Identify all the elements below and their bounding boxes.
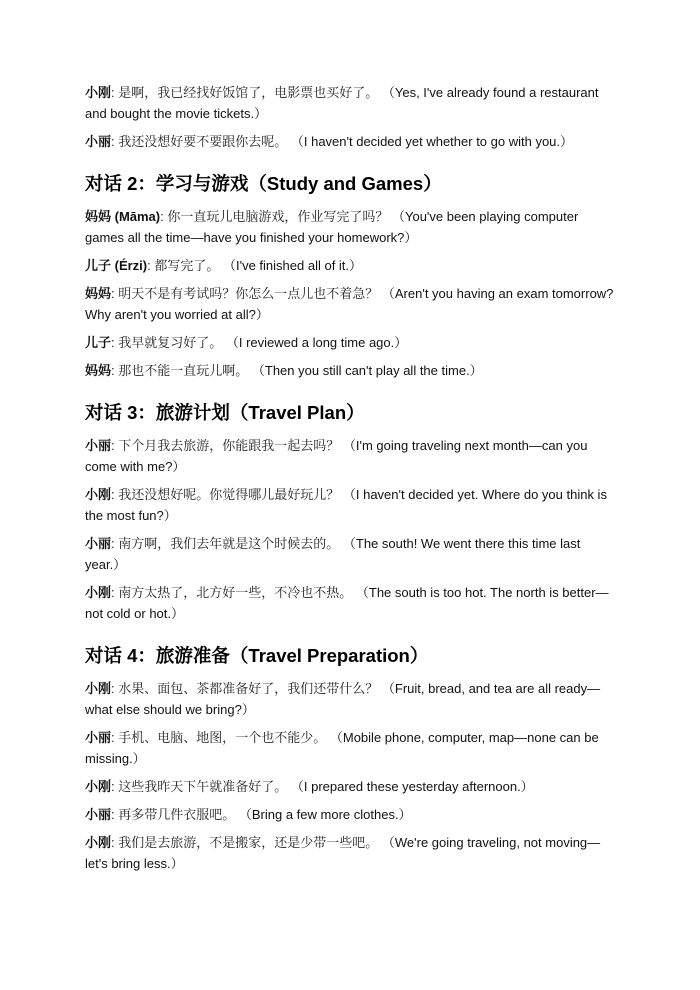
chinese-text: : 明天不是有考试吗？你怎么一点儿也不着急？	[111, 286, 378, 301]
chinese-text: : 是啊，我已经找好饭馆了，电影票也买好了。	[111, 85, 378, 100]
dialogue-line: 小丽: 下个月我去旅游，你能跟我一起去吗？ （I'm going traveli…	[85, 435, 615, 477]
speaker-name: 儿子	[85, 335, 111, 350]
dialogue-line: 小刚: 我还没想好呢。你觉得哪儿最好玩儿？ （I haven't decided…	[85, 484, 615, 526]
dialogue-line: 小丽: 我还没想好要不要跟你去呢。 （I haven't decided yet…	[85, 131, 615, 152]
speaker-name: 小刚	[85, 487, 111, 502]
dialogue-line: 妈妈: 明天不是有考试吗？你怎么一点儿也不着急？ （Aren't you hav…	[85, 283, 615, 325]
dialogue-line: 小刚: 是啊，我已经找好饭馆了，电影票也买好了。 （Yes, I've alre…	[85, 82, 615, 124]
dialogue-line: 小刚: 我们是去旅游，不是搬家，还是少带一些吧。 （We're going tr…	[85, 832, 615, 874]
speaker-name: 妈妈 (Māma)	[85, 209, 160, 224]
chinese-text: : 我早就复习好了。	[111, 335, 222, 350]
dialogue-continuation: 小刚: 是啊，我已经找好饭馆了，电影票也买好了。 （Yes, I've alre…	[85, 82, 615, 152]
speaker-name: 小刚	[85, 585, 111, 600]
speaker-name: 小丽	[85, 438, 111, 453]
speaker-name: 小刚	[85, 681, 111, 696]
speaker-name: 小丽	[85, 536, 111, 551]
speaker-name: 妈妈	[85, 363, 111, 378]
section-heading: 对话 2：学习与游戏（Study and Games）	[85, 172, 615, 196]
dialogue-line: 儿子: 我早就复习好了。 （I reviewed a long time ago…	[85, 332, 615, 353]
chinese-text: : 我还没想好呢。你觉得哪儿最好玩儿？	[111, 487, 339, 502]
speaker-name: 小刚	[85, 835, 111, 850]
speaker-name: 妈妈	[85, 286, 111, 301]
english-translation: （I prepared these yesterday afternoon.）	[291, 779, 534, 794]
chinese-text: : 我还没想好要不要跟你去呢。	[111, 134, 287, 149]
chinese-text: : 你一直玩儿电脑游戏，作业写完了吗？	[160, 209, 388, 224]
dialogue-line: 小刚: 南方太热了，北方好一些，不冷也不热。 （The south is too…	[85, 582, 615, 624]
dialogue-section-3: 对话 3：旅游计划（Travel Plan） 小丽: 下个月我去旅游，你能跟我一…	[85, 401, 615, 624]
english-translation: （I haven't decided yet whether to go wit…	[291, 134, 573, 149]
chinese-text: : 手机、电脑、地图，一个也不能少。	[111, 730, 326, 745]
dialogue-line: 小刚: 水果、面包、茶都准备好了，我们还带什么？ （Fruit, bread, …	[85, 678, 615, 720]
speaker-name: 小丽	[85, 807, 111, 822]
dialogue-line: 儿子 (Érzi): 都写完了。 （I've finished all of i…	[85, 255, 615, 276]
chinese-text: : 南方啊，我们去年就是这个时候去的。	[111, 536, 339, 551]
chinese-text: : 我们是去旅游，不是搬家，还是少带一些吧。	[111, 835, 378, 850]
dialogue-line: 小丽: 南方啊，我们去年就是这个时候去的。 （The south! We wen…	[85, 533, 615, 575]
english-translation: （Then you still can't play all the time.…	[252, 363, 483, 378]
chinese-text: : 都写完了。	[147, 258, 219, 273]
chinese-text: : 再多带几件衣服吧。	[111, 807, 235, 822]
speaker-name: 小丽	[85, 134, 111, 149]
chinese-text: : 南方太热了，北方好一些，不冷也不热。	[111, 585, 352, 600]
dialogue-line: 小刚: 这些我昨天下午就准备好了。 （I prepared these yest…	[85, 776, 615, 797]
document-page: 小刚: 是啊，我已经找好饭馆了，电影票也买好了。 （Yes, I've alre…	[85, 82, 615, 881]
chinese-text: : 那也不能一直玩儿啊。	[111, 363, 248, 378]
section-heading: 对话 4：旅游准备（Travel Preparation）	[85, 644, 615, 668]
dialogue-line: 妈妈 (Māma): 你一直玩儿电脑游戏，作业写完了吗？ （You've bee…	[85, 206, 615, 248]
chinese-text: : 这些我昨天下午就准备好了。	[111, 779, 287, 794]
speaker-name: 儿子 (Érzi)	[85, 258, 147, 273]
english-translation: （I've finished all of it.）	[223, 258, 362, 273]
english-translation: （Bring a few more clothes.）	[239, 807, 412, 822]
dialogue-section-2: 对话 2：学习与游戏（Study and Games） 妈妈 (Māma): 你…	[85, 172, 615, 381]
speaker-name: 小丽	[85, 730, 111, 745]
dialogue-section-4: 对话 4：旅游准备（Travel Preparation） 小刚: 水果、面包、…	[85, 644, 615, 874]
dialogue-line: 小丽: 再多带几件衣服吧。 （Bring a few more clothes.…	[85, 804, 615, 825]
dialogue-line: 小丽: 手机、电脑、地图，一个也不能少。 （Mobile phone, comp…	[85, 727, 615, 769]
speaker-name: 小刚	[85, 779, 111, 794]
english-translation: （I reviewed a long time ago.）	[226, 335, 407, 350]
dialogue-line: 妈妈: 那也不能一直玩儿啊。 （Then you still can't pla…	[85, 360, 615, 381]
chinese-text: : 水果、面包、茶都准备好了，我们还带什么？	[111, 681, 378, 696]
section-heading: 对话 3：旅游计划（Travel Plan）	[85, 401, 615, 425]
speaker-name: 小刚	[85, 85, 111, 100]
chinese-text: : 下个月我去旅游，你能跟我一起去吗？	[111, 438, 339, 453]
